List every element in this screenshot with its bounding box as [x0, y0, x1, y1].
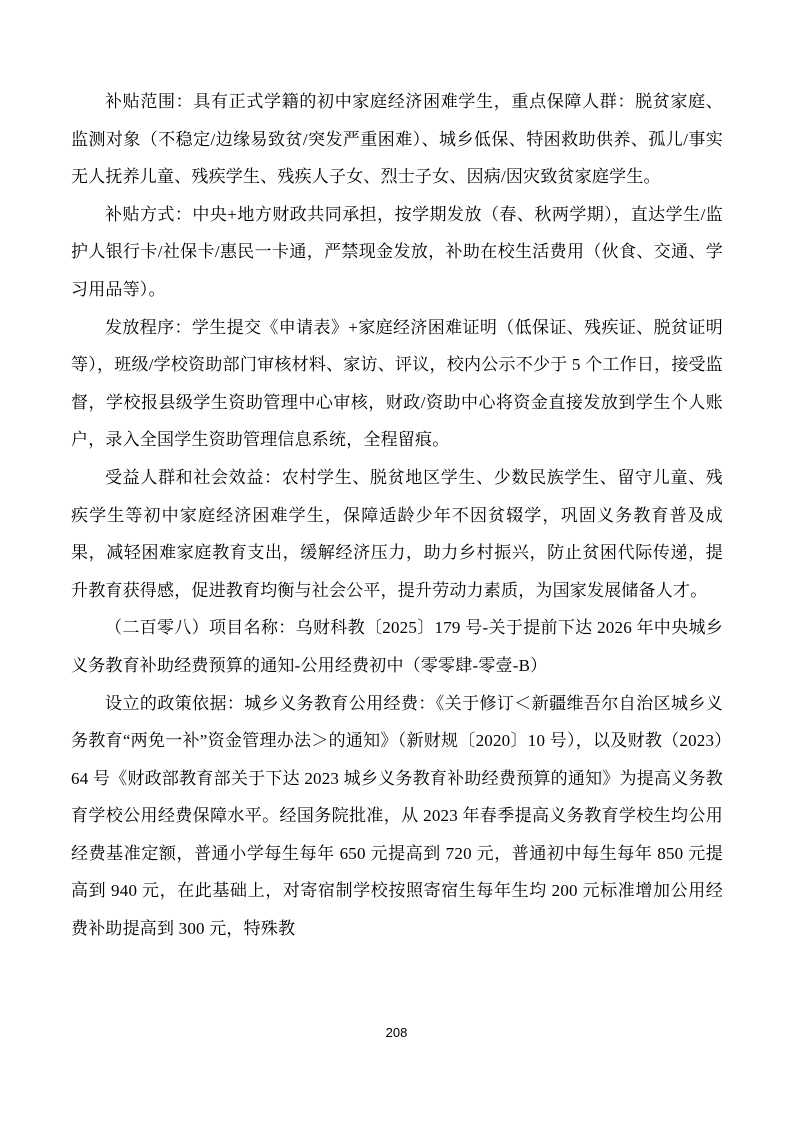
- document-body: 补贴范围：具有正式学籍的初中家庭经济困难学生，重点保障人群：脱贫家庭、监测对象（…: [71, 83, 723, 948]
- page-footer: 208: [0, 1024, 793, 1042]
- page-number: 208: [386, 1025, 408, 1040]
- paragraph-policy-basis: 设立的政策依据：城乡义务教育公用经费：《关于修订＜新疆维吾尔自治区城乡义务教育“…: [71, 685, 723, 948]
- paragraph-subsidy-method: 补贴方式：中央+地方财政共同承担，按学期发放（春、秋两学期），直达学生/监护人银…: [71, 196, 723, 309]
- paragraph-subsidy-scope: 补贴范围：具有正式学籍的初中家庭经济困难学生，重点保障人群：脱贫家庭、监测对象（…: [71, 83, 723, 196]
- paragraph-project-name-208: （二百零八）项目名称：乌财科教〔2025〕179 号-关于提前下达 2026 年…: [71, 609, 723, 684]
- document-page: 补贴范围：具有正式学籍的初中家庭经济困难学生，重点保障人群：脱贫家庭、监测对象（…: [0, 0, 793, 1122]
- paragraph-beneficiaries-social-benefits: 受益人群和社会效益：农村学生、脱贫地区学生、少数民族学生、留守儿童、残疾学生等初…: [71, 459, 723, 609]
- paragraph-distribution-procedure: 发放程序：学生提交《申请表》+家庭经济困难证明（低保证、残疾证、脱贫证明等），班…: [71, 309, 723, 459]
